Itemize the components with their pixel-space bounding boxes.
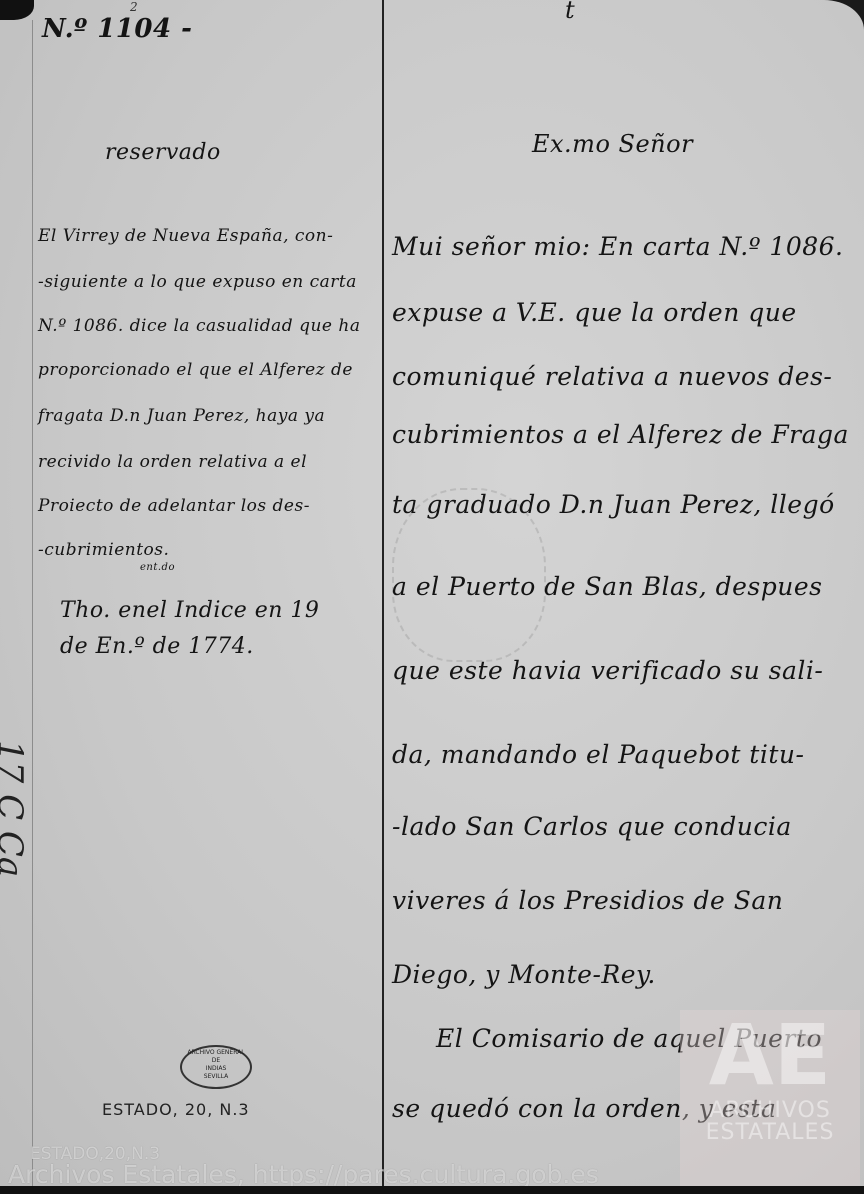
- body-line: ta graduado D.n Juan Perez, llegó: [392, 490, 835, 519]
- body-line: Mui señor mio: En carta N.º 1086.: [392, 232, 844, 261]
- body-line: cubrimientos a el Alferez de Fraga: [392, 420, 849, 449]
- manuscript-page: N.º 1104 - 2 t reservado El Virrey de Nu…: [0, 0, 864, 1186]
- document-number: N.º 1104 -: [42, 14, 192, 44]
- body-line: -lado San Carlos que conducia: [392, 812, 792, 841]
- column-divider: [382, 0, 384, 1186]
- body-line: da, mandando el Paquebot titu-: [392, 740, 804, 769]
- index-note-line: de En.º de 1774.: [60, 634, 254, 659]
- body-line: viveres á los Presidios de San: [392, 886, 783, 915]
- scan-bottom-edge: [0, 1186, 864, 1194]
- stamp-line: INDIAS: [182, 1065, 250, 1073]
- summary-line: Proiecto de adelantar los des-: [38, 496, 310, 516]
- salutation: Ex.mo Señor: [532, 130, 693, 158]
- index-note-line: Tho. enel Indice en 19: [60, 598, 319, 623]
- body-line: expuse a V.E. que la orden que: [392, 298, 797, 327]
- left-title: reservado: [105, 140, 221, 165]
- stamp-line: DE: [182, 1057, 250, 1065]
- summary-line: El Virrey de Nueva España, con-: [38, 226, 333, 246]
- archive-stamp: ARCHIVO GENERAL DE INDIAS SEVILLA: [180, 1045, 252, 1089]
- summary-line: proporcionado el que el Alferez de: [38, 360, 353, 380]
- stamp-line: ARCHIVO GENERAL: [182, 1049, 250, 1057]
- fold-line: [32, 20, 33, 1186]
- watermark-credit: Archivos Estatales, https://pares.cultur…: [8, 1160, 599, 1189]
- annotation-superscript: ent.do: [140, 562, 175, 573]
- shelfmark: ESTADO, 20, N.3: [102, 1100, 250, 1119]
- summary-line: -siguiente a lo que expuso en carta: [38, 272, 357, 292]
- summary-line: N.º 1086. dice la casualidad que ha: [38, 316, 360, 336]
- summary-line: recivido la orden relativa a el: [38, 452, 307, 472]
- archivos-estatales-logo: AE ARCHIVOS ESTATALES: [680, 1010, 860, 1186]
- folio-mark: 2: [130, 0, 138, 14]
- stamp-line: SEVILLA: [182, 1073, 250, 1081]
- body-line: comuniqué relativa a nuevos des-: [392, 362, 832, 391]
- summary-line: fragata D.n Juan Perez, haya ya: [38, 406, 325, 426]
- folio-letter: t: [565, 0, 575, 24]
- body-line: Diego, y Monte-Rey.: [392, 960, 656, 989]
- summary-line: -cubrimientos.: [38, 540, 169, 560]
- torn-corner: [0, 0, 34, 20]
- body-line: a el Puerto de San Blas, despues: [392, 572, 822, 601]
- body-line: que este havia verificado su sali-: [392, 656, 823, 685]
- margin-vertical-text: 17 C Ca: [0, 740, 30, 877]
